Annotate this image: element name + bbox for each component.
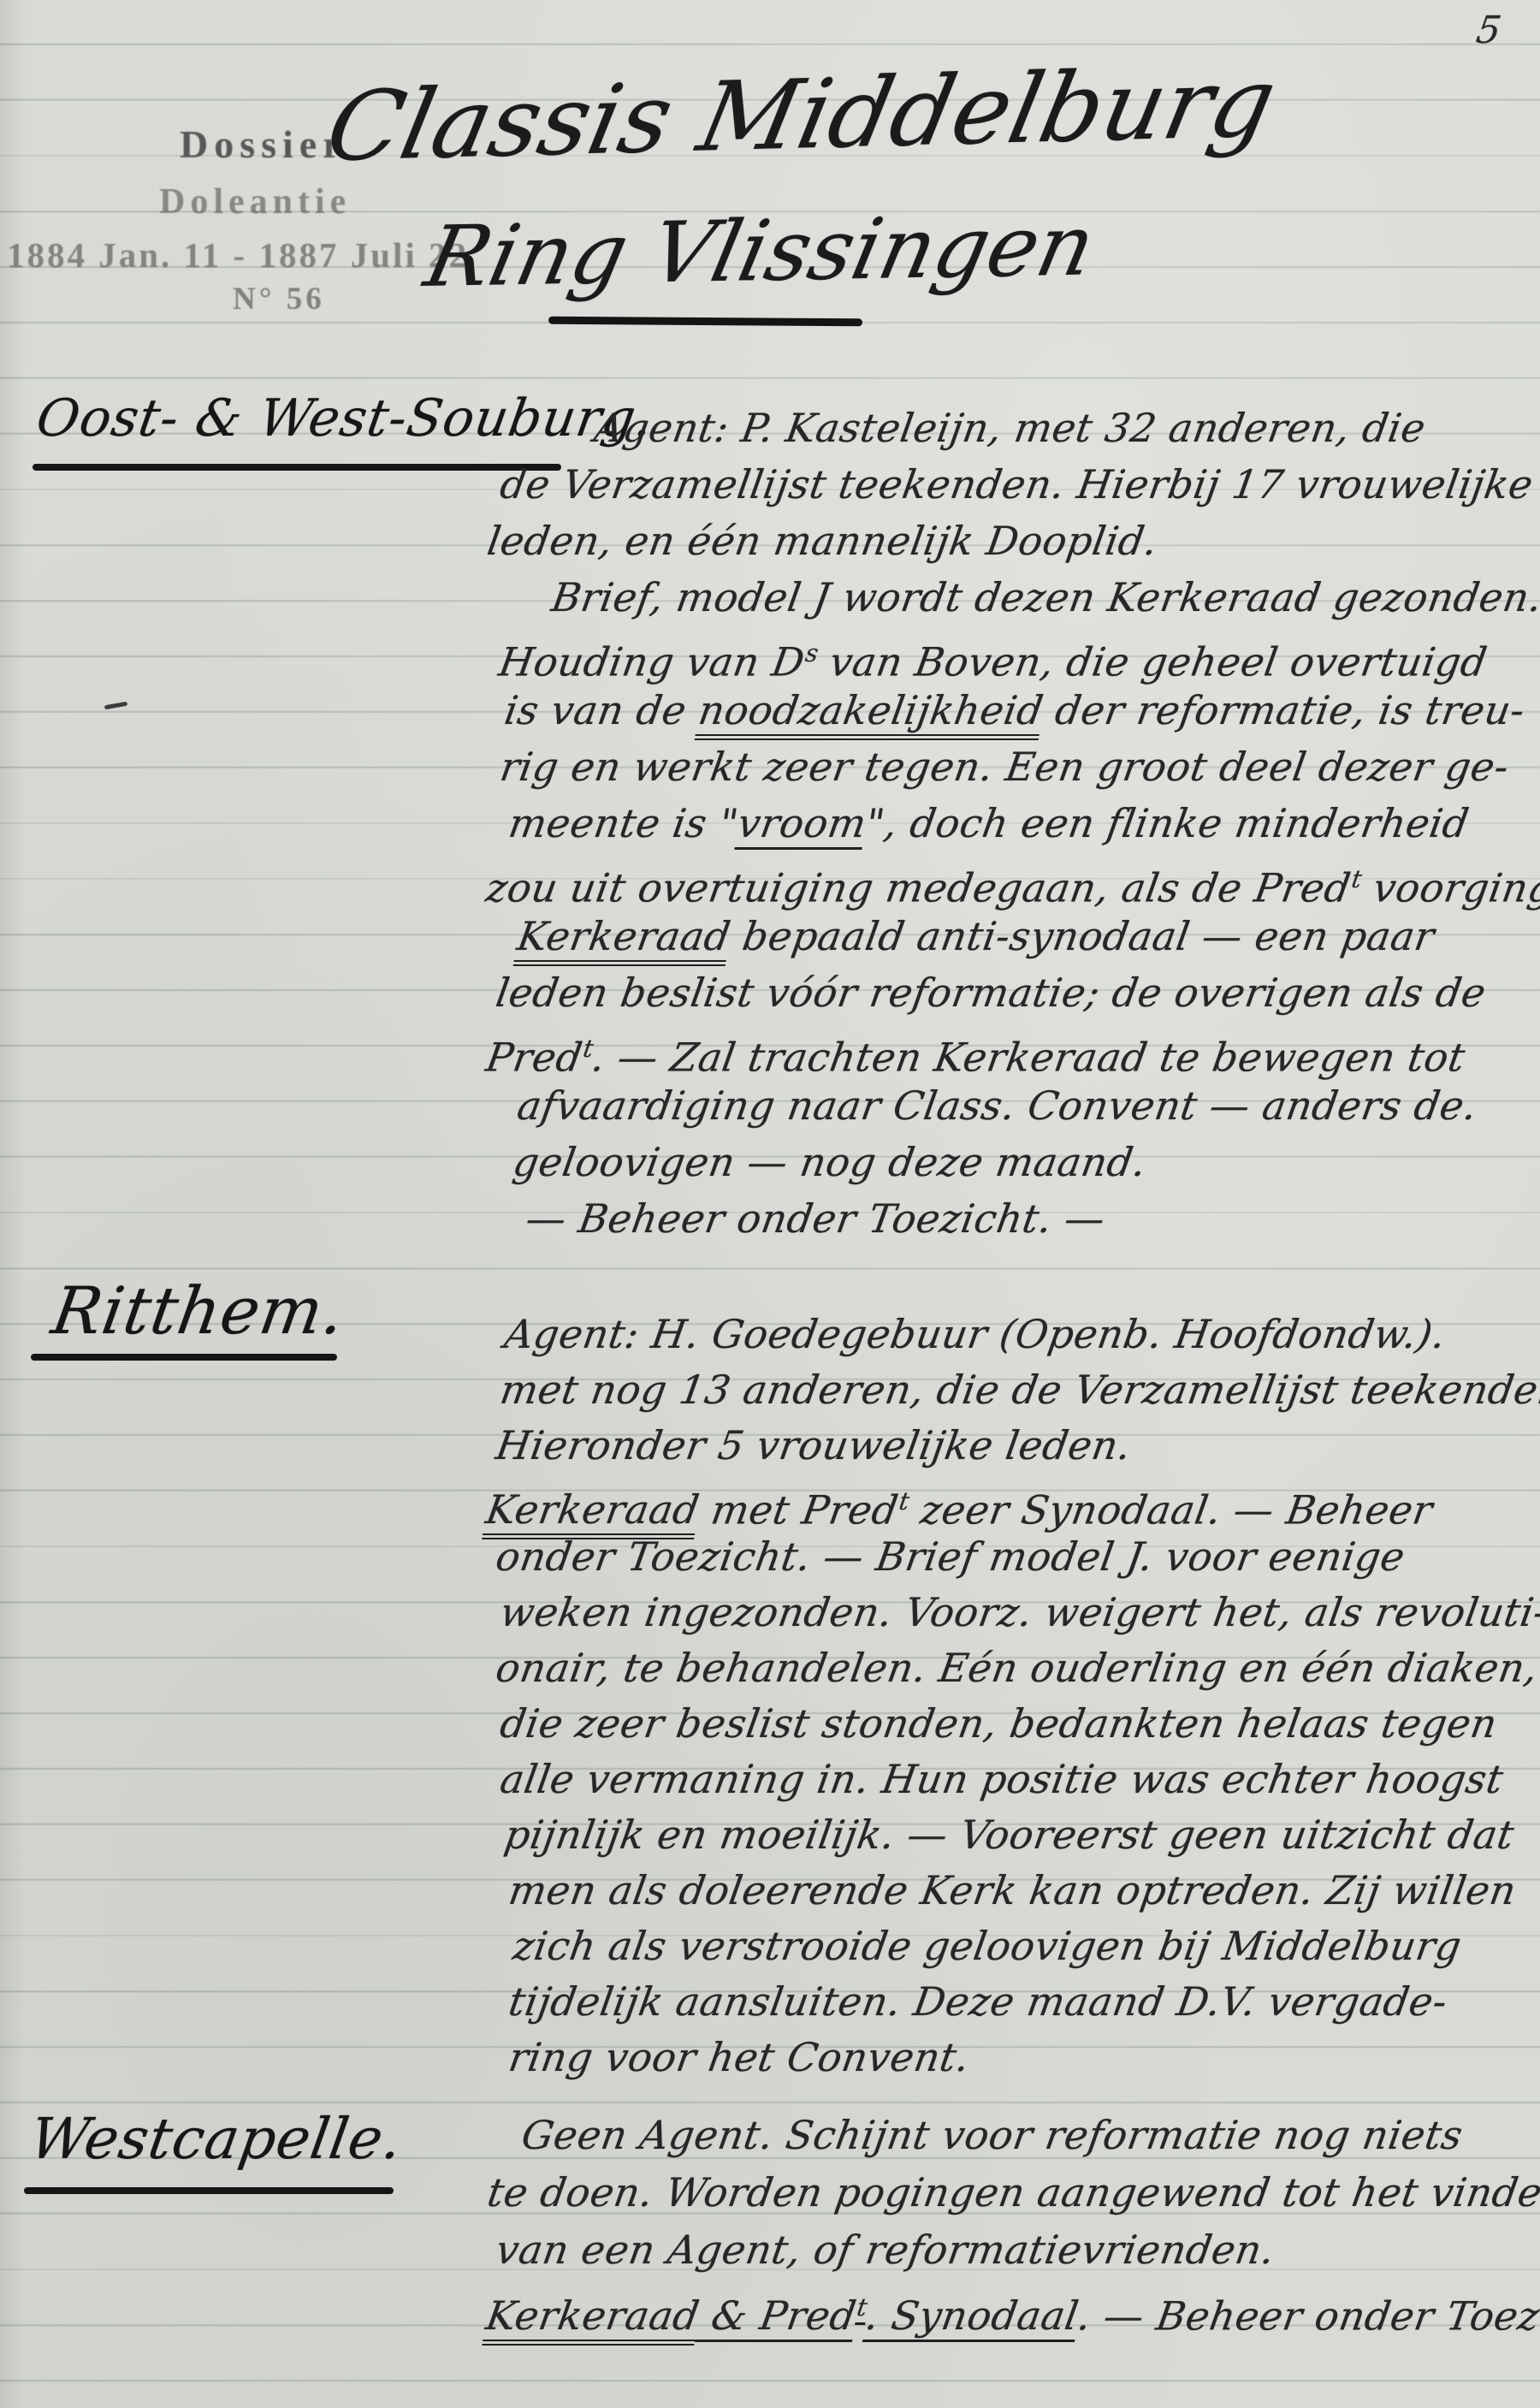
section-heading-underline xyxy=(31,1354,337,1361)
handwritten-line: Brief, model J wordt dezen Kerkeraad gez… xyxy=(483,569,1540,626)
handwritten-line: Houding van Ds van Boven, die geheel ove… xyxy=(483,626,1540,682)
handwritten-line: die zeer beslist stonden, bedankten hela… xyxy=(483,1696,1540,1752)
title-underline-stroke xyxy=(548,317,862,327)
handwritten-line: weken ingezonden. Voorz. weigert het, al… xyxy=(483,1585,1540,1640)
stamp-date-range: 1884 Jan. 11 - 1887 Juli 22 xyxy=(7,234,469,276)
section-heading-underline xyxy=(24,2187,394,2194)
margin-pen-mark xyxy=(104,702,127,710)
handwritten-line: leden beslist vóór reformatie; de overig… xyxy=(483,964,1540,1021)
handwritten-line: Geen Agent. Schijnt voor reformatie nog … xyxy=(483,2107,1540,2164)
handwritten-line: Agent: H. Goedegebuur (Openb. Hoofdondw.… xyxy=(483,1307,1540,1362)
handwritten-line: is van de noodzakelijkheid der reformati… xyxy=(483,682,1540,738)
handwritten-line: men als doleerende Kerk kan optreden. Zi… xyxy=(483,1863,1540,1919)
stamp-doleantie-label: Doleantie xyxy=(159,181,351,222)
handwritten-line: — Beheer onder Toezicht. — xyxy=(483,1190,1540,1247)
handwritten-line: geloovigen — nog deze maand. xyxy=(483,1134,1540,1190)
handwritten-line: leden, en één mannelijk Dooplid. xyxy=(483,513,1540,569)
document-title-ring: Ring Vlissingen xyxy=(418,200,1102,304)
section-heading: Ritthem. xyxy=(47,1273,351,1348)
handwritten-line: Kerkeraad bepaald anti-synodaal — een pa… xyxy=(483,908,1540,964)
stamp-dossier-label: Dossier xyxy=(180,122,346,167)
handwritten-line: alle vermaning in. Hun positie was echte… xyxy=(483,1752,1540,1807)
handwritten-line: zou uit overtuiging medegaan, als de Pre… xyxy=(483,851,1540,908)
handwritten-line: onder Toezicht. — Brief model J. voor ee… xyxy=(483,1529,1540,1585)
section-text-column: Agent: H. Goedegebuur (Openb. Hoofdondw.… xyxy=(483,1307,1540,2085)
stamp-dossier-number: N° 56 xyxy=(233,281,325,317)
handwritten-line: te doen. Worden pogingen aangewend tot h… xyxy=(483,2164,1540,2221)
handwritten-line: afvaardiging naar Class. Convent — ander… xyxy=(483,1077,1540,1134)
handwritten-line: de Verzamellijst teekenden. Hierbij 17 v… xyxy=(483,456,1540,513)
section-text-column: Geen Agent. Schijnt voor reformatie nog … xyxy=(483,2107,1540,2336)
handwritten-line: Agent: P. Kasteleijn, met 32 anderen, di… xyxy=(483,400,1540,456)
page-number: 5 xyxy=(1473,9,1504,52)
handwritten-line: pijnlijk en moeilijk. — Vooreerst geen u… xyxy=(483,1807,1540,1863)
handwritten-line: rig en werkt zeer tegen. Een groot deel … xyxy=(483,738,1540,795)
scanned-document-page: 5 Dossier Doleantie 1884 Jan. 11 - 1887 … xyxy=(0,0,1540,2408)
section-text-column: Agent: P. Kasteleijn, met 32 anderen, di… xyxy=(483,400,1540,1247)
handwritten-line: Kerkeraad & Predt. Synodaal. — Beheer on… xyxy=(483,2279,1540,2336)
section-heading: Westcapelle. xyxy=(26,2107,407,2172)
section-heading-underline xyxy=(33,464,561,471)
handwritten-line: zich als verstrooide geloovigen bij Midd… xyxy=(483,1919,1540,1974)
handwritten-line: Hieronder 5 vrouwelijke leden. xyxy=(483,1418,1540,1474)
handwritten-line: Predt. — Zal trachten Kerkeraad te beweg… xyxy=(483,1021,1540,1077)
handwritten-line: ring voor het Convent. xyxy=(483,2030,1540,2085)
handwritten-line: met nog 13 anderen, die de Verzamellijst… xyxy=(483,1362,1540,1418)
handwritten-line: meente is "vroom", doch een flinke minde… xyxy=(483,795,1540,851)
handwritten-line: Kerkeraad met Predt zeer Synodaal. — Beh… xyxy=(483,1474,1540,1529)
handwritten-line: tijdelijk aansluiten. Deze maand D.V. ve… xyxy=(483,1974,1540,2030)
document-title-classis: Classis Middelburg xyxy=(318,50,1284,181)
handwritten-line: van een Agent, of reformatievrienden. xyxy=(483,2221,1540,2279)
handwritten-line: onair, te behandelen. Eén ouderling en é… xyxy=(483,1640,1540,1696)
